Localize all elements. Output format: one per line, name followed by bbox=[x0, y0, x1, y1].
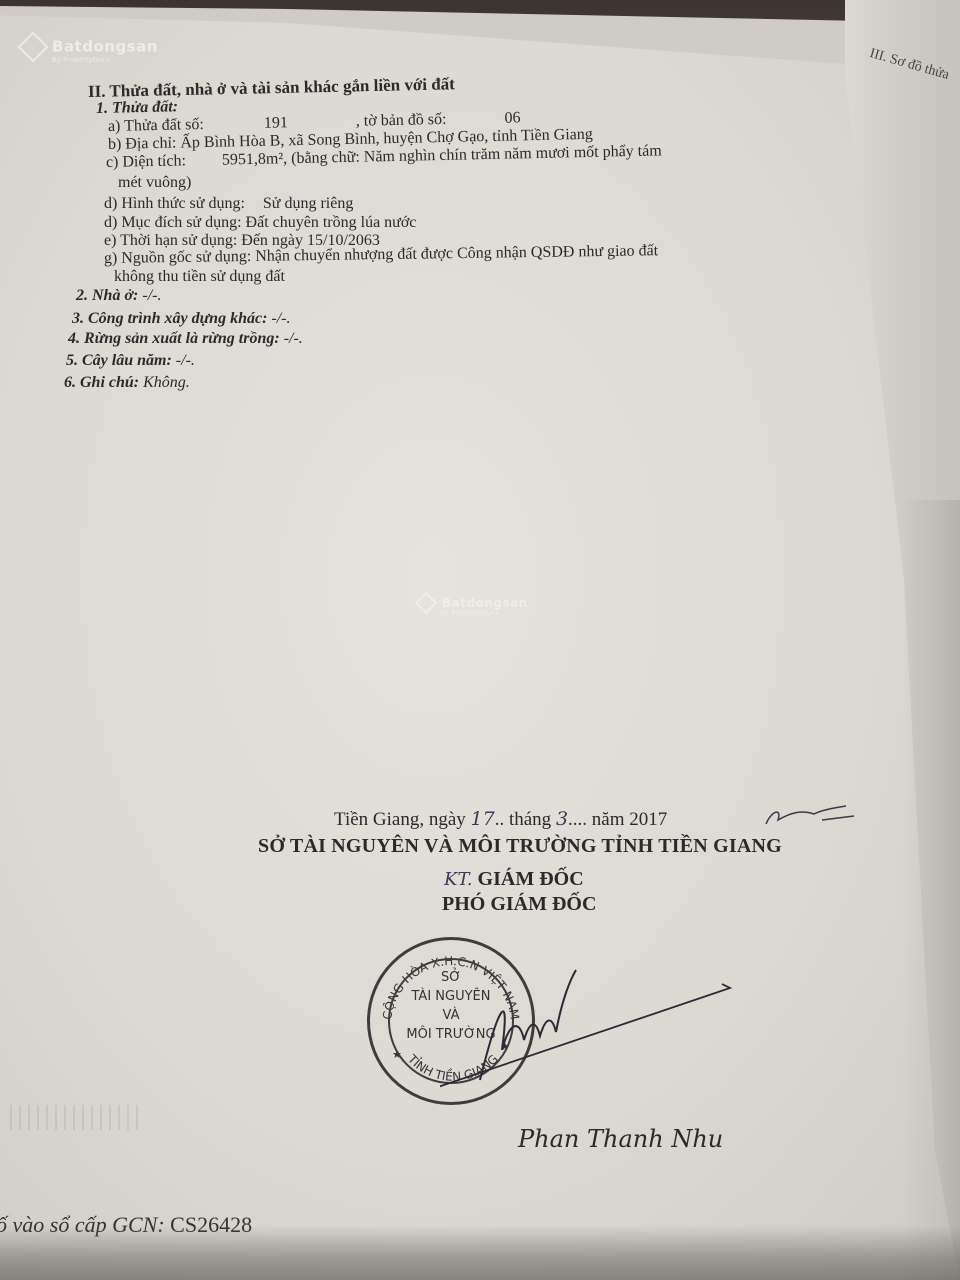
item-value: -/-. bbox=[142, 287, 161, 304]
item-label: 6. Ghi chú: bbox=[64, 374, 139, 391]
item-notes: 6. Ghi chú: Không. bbox=[64, 374, 190, 392]
parcel-number: 191 bbox=[264, 114, 288, 131]
watermark-logo-icon bbox=[17, 31, 48, 62]
origin-value-cont: không thu tiền sử dụng đất bbox=[114, 268, 285, 286]
usage-purpose-row: d) Mục đích sử dụng: Đất chuyên trồng lú… bbox=[104, 214, 416, 232]
land-heading: 1. Thửa đất: bbox=[96, 98, 178, 118]
date-month: 3 bbox=[556, 808, 568, 830]
usage-term-label: e) Thời hạn sử dụng: bbox=[104, 232, 237, 249]
watermark-center: Batdongsan By PropertyGuru bbox=[418, 592, 528, 617]
watermark-logo-icon bbox=[415, 591, 438, 614]
area-label: c) Diện tích: bbox=[106, 152, 186, 171]
item-label: 3. Công trình xây dựng khác: bbox=[72, 310, 267, 327]
kt-mark: KT. bbox=[444, 869, 473, 890]
usage-form-value: Sử dụng riêng bbox=[263, 195, 353, 212]
watermark-brand: Batdongsan bbox=[442, 596, 528, 610]
origin-label: g) Nguồn gốc sử dụng: bbox=[104, 248, 252, 267]
item-value: -/-. bbox=[284, 330, 303, 347]
item-other-construction: 3. Công trình xây dựng khác: -/-. bbox=[72, 310, 291, 328]
item-label: 4. Rừng sản xuất là rừng trồng: bbox=[68, 330, 280, 347]
usage-form-row: d) Hình thức sử dụng: Sử dụng riêng bbox=[104, 195, 353, 213]
item-house: 2. Nhà ở: -/-. bbox=[76, 287, 161, 305]
item-label: 5. Cây lâu năm: bbox=[66, 352, 172, 369]
usage-purpose-label: d) Mục đích sử dụng: bbox=[104, 214, 242, 231]
item-value: -/-. bbox=[176, 352, 195, 369]
watermark-by: By PropertyGuru bbox=[440, 609, 528, 617]
date-day: 17 bbox=[471, 808, 495, 830]
handwritten-signature bbox=[440, 960, 740, 1100]
watermark-brand: Batdongsan bbox=[52, 38, 158, 56]
item-value: Không. bbox=[143, 374, 190, 391]
date-year: năm 2017 bbox=[592, 809, 667, 830]
bottom-shadow bbox=[0, 1225, 960, 1280]
place-date-prefix: Tiền Giang, ngày bbox=[334, 809, 466, 830]
area-value-cont: mét vuông) bbox=[118, 174, 191, 192]
initials-mark bbox=[762, 802, 862, 832]
map-sheet-number: 06 bbox=[504, 109, 520, 126]
usage-purpose-value: Đất chuyên trồng lúa nước bbox=[246, 214, 417, 231]
usage-form-label: d) Hình thức sử dụng: bbox=[104, 195, 245, 212]
item-label: 2. Nhà ở: bbox=[76, 287, 138, 304]
page-shadow bbox=[900, 500, 960, 1280]
title-director-label: GIÁM ĐỐC bbox=[478, 868, 584, 890]
agency-name: SỞ TÀI NGUYÊN VÀ MÔI TRƯỜNG TỈNH TIỀN GI… bbox=[258, 835, 782, 858]
title-director: KT. GIÁM ĐỐC bbox=[444, 868, 584, 891]
faint-marks bbox=[10, 1105, 140, 1130]
map-sheet-label: , tờ bản đồ số: bbox=[356, 111, 447, 130]
parcel-number-label: a) Thửa đất số: bbox=[108, 116, 204, 135]
watermark-by: By PropertyGuru bbox=[52, 56, 158, 64]
signer-name: Phan Thanh Nhu bbox=[518, 1125, 723, 1153]
item-planted-forest: 4. Rừng sản xuất là rừng trồng: -/-. bbox=[68, 330, 303, 348]
item-value: -/-. bbox=[271, 310, 290, 327]
date-month-label: tháng bbox=[509, 809, 551, 830]
address-label: b) Địa chỉ: bbox=[108, 135, 177, 153]
title-deputy-director: PHÓ GIÁM ĐỐC bbox=[442, 893, 596, 916]
watermark-top: Batdongsan By PropertyGuru bbox=[22, 36, 158, 64]
place-date: Tiền Giang, ngày 17.. tháng 3.... năm 20… bbox=[334, 808, 667, 831]
item-perennial-trees: 5. Cây lâu năm: -/-. bbox=[66, 352, 195, 370]
